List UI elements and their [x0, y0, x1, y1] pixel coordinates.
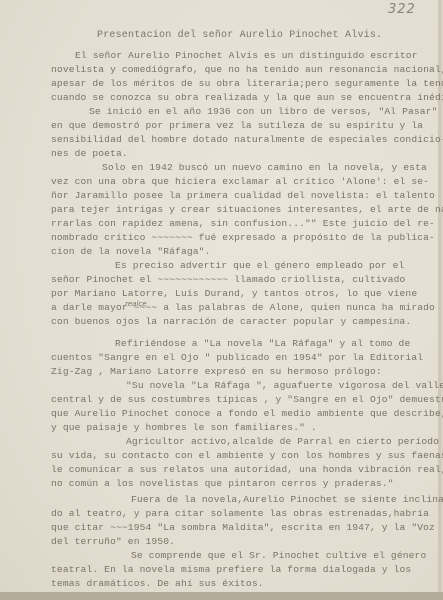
- text-line: central y de sus costumbres típicas , y …: [51, 393, 443, 407]
- text-line: a darle mayor ~~~~ a las palabras de Alo…: [51, 301, 435, 315]
- text-line: con buenos ojos la narración de caracter…: [51, 315, 411, 329]
- text-line: Zig-Zag , Mariano Latorre expresó en su …: [51, 365, 382, 379]
- text-line: nombrado crítico ~~~~~~~ fué expresado a…: [51, 231, 435, 245]
- page-number: 322: [388, 2, 416, 17]
- text-line: El señor Aurelio Pinochet Alvis es un di…: [75, 49, 418, 63]
- text-line: sensibilidad del hombre dotado naturalme…: [51, 133, 443, 147]
- typewritten-page: 322 Presentacion del señor Aurelio Pinoc…: [0, 0, 441, 592]
- text-line: temas dramáticos. De ahí sus éxitos.: [51, 577, 264, 591]
- text-line: teatral. En la novela misma prefiere la …: [51, 563, 411, 577]
- text-line: del terruño" en 1950.: [51, 535, 175, 549]
- text-line: rrarlas con rapidez amena, sin confusion…: [51, 217, 435, 231]
- text-line: cion de la novela "Ráfaga".: [51, 245, 211, 259]
- text-line: señor Pinochet el ~~~~~~~~~~~~ llamado c…: [51, 273, 405, 287]
- text-line: en que demostró por primera vez la sutil…: [51, 119, 423, 133]
- text-line: cuentos "Sangre en el Ojo " publicado en…: [51, 351, 423, 365]
- text-line: Fuera de la novela,Aurelio Pinochet se s…: [131, 493, 443, 507]
- text-line: su vida, su contacto con el ambiente y c…: [51, 449, 443, 463]
- text-line: apesar de los méritos de su obra literar…: [51, 77, 443, 91]
- text-line: para tejer intrigas y crear situaciones …: [51, 203, 443, 217]
- scan-bottom-edge: [0, 592, 443, 600]
- text-line: Solo en 1942 buscó un nuevo camino en la…: [102, 161, 427, 175]
- text-line: ñor Jaramillo posee la primera cualidad …: [51, 189, 435, 203]
- text-line: no común a los novelistas que pintaron c…: [51, 477, 394, 491]
- handwritten-insert: realce: [125, 300, 147, 308]
- text-line: Es preciso advertir que el género emplea…: [115, 259, 404, 273]
- text-line: por Mariano Latorre, Luis Durand, y tant…: [51, 287, 417, 301]
- text-line: Se inició en el año 1936 con un libro de…: [89, 105, 438, 119]
- text-line: que Aurelio Pinochet conoce a fondo el m…: [51, 407, 443, 421]
- text-line: le comunicar a sus relatos una autoridad…: [51, 463, 443, 477]
- document-title: Presentacion del señor Aurelio Pinochet …: [97, 30, 382, 41]
- text-line: novelista y comediógrafo, que no ha teni…: [51, 63, 443, 77]
- text-line: y que paisaje y hombres le son familiare…: [51, 421, 317, 435]
- text-line: nes de poeta.: [51, 147, 128, 161]
- text-line: do al teatro, y para citar solamente las…: [51, 507, 429, 521]
- text-line: cuando se conozca su obra realizada y la…: [51, 91, 443, 105]
- text-line: vez con una obra que hiciera exclamar al…: [51, 175, 429, 189]
- text-line: Agricultor activo,alcalde de Parral en c…: [126, 435, 443, 449]
- text-line: "Su novela "La Ráfaga ", aguafuerte vigo…: [126, 379, 443, 393]
- text-line: que citar ~~~1954 "La sombra Maldita", e…: [51, 521, 435, 535]
- text-line: Se comprende que el Sr. Pinochet cultive…: [131, 549, 426, 563]
- text-line: Refiriéndose a "La novela "La Ráfaga" y …: [115, 337, 410, 351]
